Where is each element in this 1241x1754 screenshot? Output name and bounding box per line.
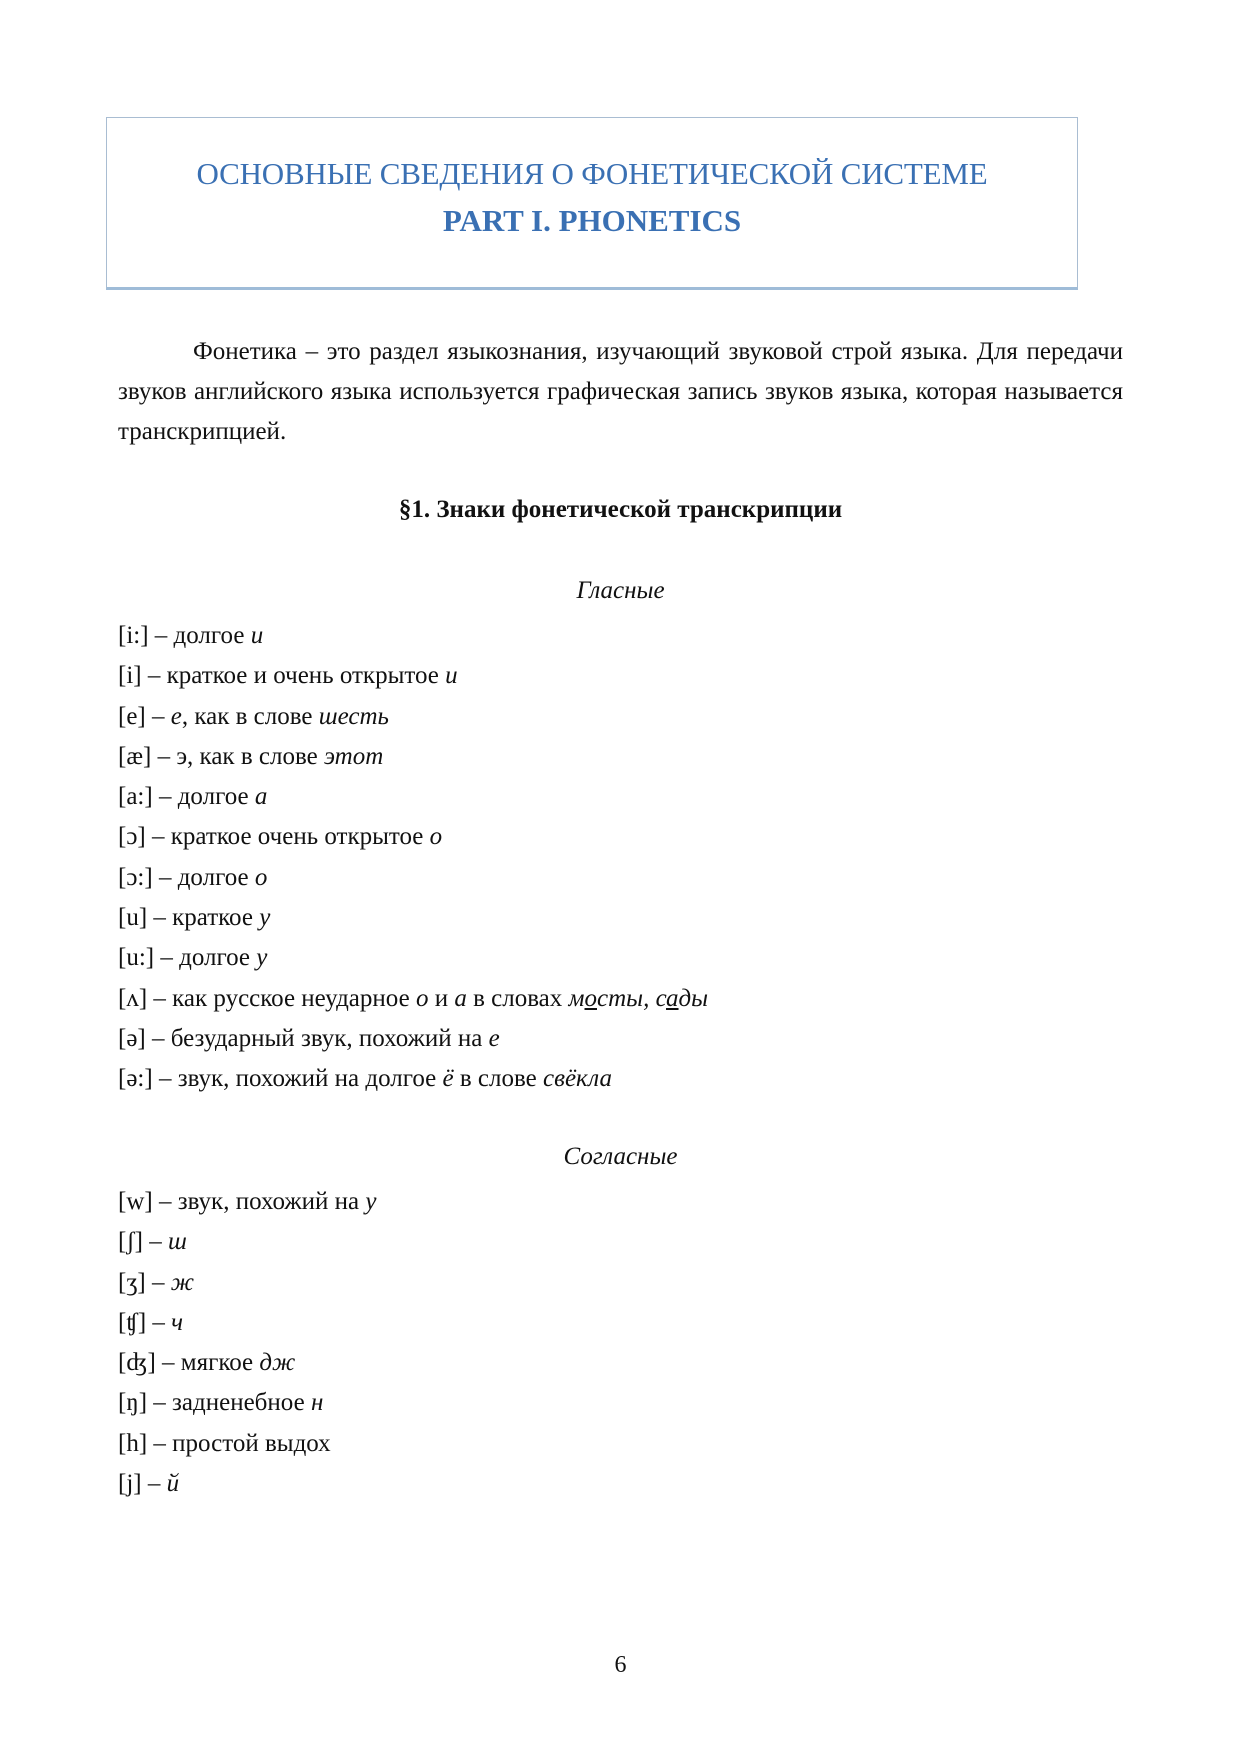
section-heading: §1. Знаки фонетической транскрипции bbox=[0, 496, 1241, 524]
symbol-description: – э, как в слове этот bbox=[151, 743, 383, 770]
symbol-description: – долгое у bbox=[154, 944, 267, 971]
transcription-item: [ə] – безударный звук, похожий на е bbox=[118, 1019, 708, 1059]
transcription-item: [ʒ] – ж bbox=[118, 1263, 377, 1303]
consonants-subheading: Согласные bbox=[0, 1143, 1241, 1171]
phonetic-symbol: [ʌ] bbox=[118, 985, 147, 1012]
transcription-item: [ʤ] – мягкое дж bbox=[118, 1343, 377, 1383]
page-number: 6 bbox=[0, 1652, 1241, 1679]
transcription-item: [u:] – долгое у bbox=[118, 938, 708, 978]
phonetic-symbol: [ə:] bbox=[118, 1065, 153, 1092]
symbol-description: – краткое и очень открытое и bbox=[142, 662, 458, 689]
symbol-description: – задненебное н bbox=[147, 1389, 323, 1416]
transcription-item: [ɔ:] – долгое о bbox=[118, 858, 708, 898]
phonetic-symbol: [æ] bbox=[118, 743, 151, 770]
chapter-title-box: ОСНОВНЫЕ СВЕДЕНИЯ О ФОНЕТИЧЕСКОЙ СИСТЕМЕ… bbox=[106, 117, 1078, 290]
symbol-description: – долгое а bbox=[153, 783, 268, 810]
phonetic-symbol: [e] bbox=[118, 703, 146, 730]
transcription-item: [e] – е, как в слове шесть bbox=[118, 697, 708, 737]
phonetic-symbol: [w] bbox=[118, 1188, 153, 1215]
phonetic-symbol: [j] bbox=[118, 1470, 142, 1497]
symbol-description: – долгое и bbox=[149, 622, 264, 649]
consonants-list: [w] – звук, похожий на у[ʃ] – ш[ʒ] – ж[ʧ… bbox=[118, 1182, 377, 1504]
phonetic-symbol: [i] bbox=[118, 662, 142, 689]
phonetic-symbol: [ɔ] bbox=[118, 823, 146, 850]
symbol-description: – краткое у bbox=[147, 904, 270, 931]
transcription-item: [i] – краткое и очень открытое и bbox=[118, 656, 708, 696]
transcription-item: [a:] – долгое а bbox=[118, 777, 708, 817]
phonetic-symbol: [i:] bbox=[118, 622, 149, 649]
phonetic-symbol: [ʒ] bbox=[118, 1269, 146, 1296]
chapter-title-russian: ОСНОВНЫЕ СВЕДЕНИЯ О ФОНЕТИЧЕСКОЙ СИСТЕМЕ bbox=[107, 156, 1077, 192]
transcription-item: [ə:] – звук, похожий на долгое ё в слове… bbox=[118, 1059, 708, 1099]
symbol-description: – звук, похожий на долгое ё в слове свёк… bbox=[153, 1065, 612, 1092]
transcription-item: [h] – простой выдох bbox=[118, 1424, 377, 1464]
phonetic-symbol: [ɔ:] bbox=[118, 864, 153, 891]
phonetic-symbol: [h] bbox=[118, 1430, 147, 1457]
phonetic-symbol: [ʧ] bbox=[118, 1309, 146, 1336]
transcription-item: [w] – звук, похожий на у bbox=[118, 1182, 377, 1222]
transcription-item: [j] – й bbox=[118, 1464, 377, 1504]
phonetic-symbol: [ŋ] bbox=[118, 1389, 147, 1416]
vowels-list: [i:] – долгое и[i] – краткое и очень отк… bbox=[118, 616, 708, 1100]
symbol-description: – ш bbox=[143, 1228, 187, 1255]
transcription-item: [ʌ] – как русское неударное о и а в слов… bbox=[118, 979, 708, 1019]
symbol-description: – е, как в слове шесть bbox=[146, 703, 389, 730]
symbol-description: – мягкое дж bbox=[156, 1349, 296, 1376]
symbol-description: – ч bbox=[146, 1309, 183, 1336]
symbol-description: – безударный звук, похожий на е bbox=[146, 1025, 500, 1052]
transcription-item: [ʧ] – ч bbox=[118, 1303, 377, 1343]
phonetic-symbol: [a:] bbox=[118, 783, 153, 810]
symbol-description: – краткое очень открытое о bbox=[146, 823, 442, 850]
phonetic-symbol: [ʤ] bbox=[118, 1349, 156, 1376]
chapter-title-english: PART I. PHONETICS bbox=[107, 203, 1077, 239]
transcription-item: [ɔ] – краткое очень открытое о bbox=[118, 817, 708, 857]
symbol-description: – й bbox=[142, 1470, 180, 1497]
intro-paragraph: Фонетика – это раздел языкознания, изуча… bbox=[118, 332, 1123, 452]
transcription-item: [i:] – долгое и bbox=[118, 616, 708, 656]
phonetic-symbol: [ʃ] bbox=[118, 1228, 143, 1255]
transcription-item: [ʃ] – ш bbox=[118, 1222, 377, 1262]
phonetic-symbol: [u] bbox=[118, 904, 147, 931]
symbol-description: – долгое о bbox=[153, 864, 268, 891]
transcription-item: [æ] – э, как в слове этот bbox=[118, 737, 708, 777]
phonetic-symbol: [ə] bbox=[118, 1025, 146, 1052]
transcription-item: [ŋ] – задненебное н bbox=[118, 1383, 377, 1423]
symbol-description: – ж bbox=[146, 1269, 194, 1296]
phonetic-symbol: [u:] bbox=[118, 944, 154, 971]
transcription-item: [u] – краткое у bbox=[118, 898, 708, 938]
symbol-description: – звук, похожий на у bbox=[153, 1188, 377, 1215]
symbol-description: – как русское неударное о и а в словах м… bbox=[147, 985, 708, 1012]
symbol-description: – простой выдох bbox=[147, 1430, 331, 1457]
vowels-subheading: Гласные bbox=[0, 577, 1241, 605]
